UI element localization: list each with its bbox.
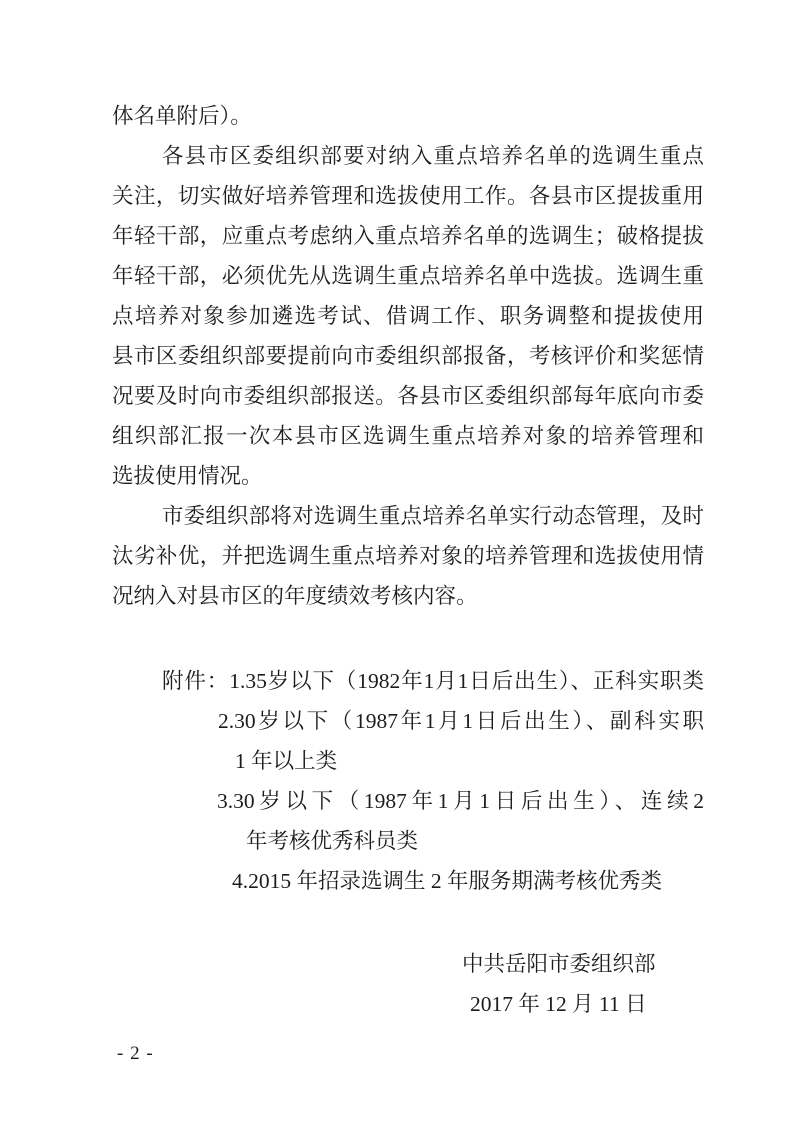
body-line: 组织部汇报一次本县市区选调生重点培养对象的培养管理和 [112, 416, 704, 456]
document-body: 体名单附后）。各县市区委组织部要对纳入重点培养名单的选调生重点关注，切实做好培养… [112, 96, 704, 1024]
attachment-line: 年考核优秀科员类 [112, 821, 704, 861]
attachment-line: 2.30岁以下（1987年1月1日后出生）、副科实职 [112, 701, 704, 741]
body-line: 况纳入对县市区的年度绩效考核内容。 [112, 576, 704, 616]
document-page: 体名单附后）。各县市区委组织部要对纳入重点培养名单的选调生重点关注，切实做好培养… [0, 0, 793, 1122]
body-line: 各县市区委组织部要对纳入重点培养名单的选调生重点 [112, 136, 704, 176]
body-line: 关注，切实做好培养管理和选拔使用工作。各县市区提拔重用 [112, 176, 704, 216]
attachment-line: 1 年以上类 [112, 741, 704, 781]
blank-space [112, 616, 704, 661]
signature-org-line: 中共岳阳市委组织部 [112, 944, 704, 984]
body-line: 况要及时向市委组织部报送。各县市区委组织部每年底向市委 [112, 376, 704, 416]
body-line: 县市区委组织部要提前向市委组织部报备，考核评价和奖惩情 [112, 336, 704, 376]
signature-date-line: 2017 年 12 月 11 日 [112, 984, 704, 1024]
body-line: 年轻干部，应重点考虑纳入重点培养名单的选调生；破格提拔 [112, 216, 704, 256]
body-line: 点培养对象参加遴选考试、借调工作、职务调整和提拔使用的， [112, 296, 704, 336]
attachment-line: 4.2015 年招录选调生 2 年服务期满考核优秀类 [112, 861, 704, 901]
body-line: 年轻干部，必须优先从选调生重点培养名单中选拔。选调生重 [112, 256, 704, 296]
blank-space [112, 901, 704, 944]
body-line: 汰劣补优，并把选调生重点培养对象的培养管理和选拔使用情 [112, 536, 704, 576]
attachment-line: 3.30岁以下（1987年1月1日后出生）、连续2 [112, 781, 704, 821]
page-number: - 2 - [117, 1042, 154, 1066]
body-line: 体名单附后）。 [112, 96, 704, 136]
attachment-line: 附件：1.35岁以下（1982年1月1日后出生）、正科实职类 [112, 661, 704, 701]
body-line: 市委组织部将对选调生重点培养名单实行动态管理，及时 [112, 496, 704, 536]
body-line: 选拔使用情况。 [112, 456, 704, 496]
